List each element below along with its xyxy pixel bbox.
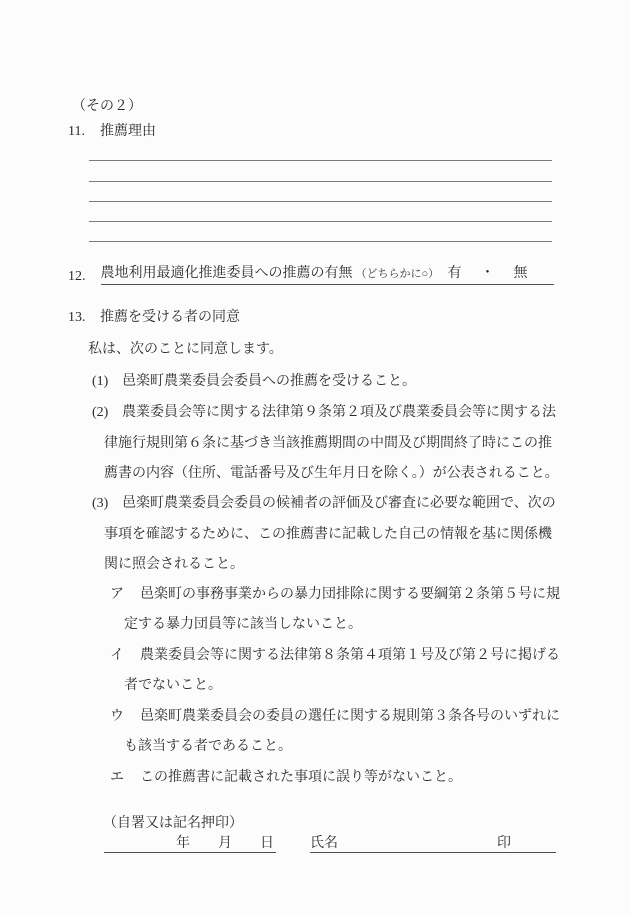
consent-subitem-i-line-2: 者でないこと。 (124, 678, 222, 694)
section-12-number: 12. (68, 269, 86, 285)
section-13-number: 13. (68, 310, 100, 326)
section-13-heading: 13.推薦を受ける者の同意 (68, 310, 240, 326)
page-subtitle: （その２） (72, 99, 142, 115)
section-11-title: 推薦理由 (100, 124, 156, 139)
consent-item-1-line-1: 邑楽町農業委員会委員への推薦を受けること。 (122, 374, 416, 389)
consent-item-3-marker: (3) (92, 496, 122, 512)
section-13-title: 推薦を受ける者の同意 (100, 310, 240, 325)
section-12-label: 農地利用最適化推進委員への推薦の有無 (101, 262, 353, 282)
signature-note: （自署又は記名押印） (103, 816, 243, 832)
consent-item-3-line-3: 関に照会されること。 (104, 557, 244, 573)
consent-subitem-u-marker: ウ (110, 709, 140, 725)
recommendation-form-page-2: （その２） 11.推薦理由 12. 農地利用最適化推進委員への推薦の有無 （どち… (0, 0, 630, 915)
consent-subitem-a: ア邑楽町の事務事業からの暴力団排除に関する要綱第２条第５号に規 (110, 587, 560, 603)
reason-blank-line-3[interactable] (89, 201, 552, 202)
signature-date-blank[interactable]: 年 月 日 (104, 836, 276, 853)
consent-item-2-line-1: 農業委員会等に関する法律第９条第２項及び農業委員会等に関する法 (122, 405, 556, 420)
signature-name-blank[interactable]: 氏名 印 (310, 836, 556, 853)
section-12-underlined-field: 農地利用最適化推進委員への推薦の有無 （どちらかに○） 有 ・ 無 (101, 262, 554, 285)
seal-label: 印 (497, 832, 511, 852)
consent-subitem-e-line-1: この推薦書に記載された事項に誤り等がないこと。 (140, 770, 462, 785)
option-no[interactable]: 無 (514, 262, 528, 282)
section-11-heading: 11.推薦理由 (68, 124, 156, 140)
consent-item-2-marker: (2) (92, 405, 122, 421)
consent-item-3: (3)邑楽町農業委員会委員の候補者の評価及び審査に必要な範囲で、次の (92, 496, 556, 512)
consent-item-1-marker: (1) (92, 374, 122, 390)
consent-item-2-line-2: 律施行規則第６条に基づき当該推薦期間の中間及び期間終了時にこの推 (104, 436, 552, 452)
consent-subitem-u: ウ邑楽町農業委員会の委員の選任に関する規則第３条各号のいずれに (110, 709, 560, 725)
consent-intro: 私は、次のことに同意します。 (88, 342, 283, 358)
reason-blank-line-5[interactable] (89, 241, 552, 242)
consent-subitem-u-line-2: も該当する者であること。 (124, 739, 292, 755)
reason-blank-line-4[interactable] (89, 221, 552, 222)
consent-item-1: (1)邑楽町農業委員会委員への推薦を受けること。 (92, 374, 416, 390)
section-12-note: （どちらかに○） (356, 267, 440, 282)
month-label: 月 (218, 832, 232, 852)
day-label: 日 (260, 832, 274, 852)
consent-subitem-i-line-1: 農業委員会等に関する法律第８条第４項第１号及び第２号に掲げる (140, 648, 560, 663)
consent-item-3-line-1: 邑楽町農業委員会委員の候補者の評価及び審査に必要な範囲で、次の (122, 496, 556, 511)
consent-subitem-u-line-1: 邑楽町農業委員会の委員の選任に関する規則第３条各号のいずれに (140, 709, 560, 724)
consent-item-2: (2)農業委員会等に関する法律第９条第２項及び農業委員会等に関する法 (92, 405, 556, 421)
consent-item-3-line-2: 事項を確認するために、この推薦書に記載した自己の情報を基に関係機 (104, 527, 552, 543)
option-yes[interactable]: 有 (448, 262, 462, 282)
consent-item-2-line-3: 薦書の内容（住所、電話番号及び生年月日を除く。）が公表されること。 (104, 466, 559, 482)
consent-subitem-i-marker: イ (110, 648, 140, 664)
consent-subitem-i: イ農業委員会等に関する法律第８条第４項第１号及び第２号に掲げる (110, 648, 560, 664)
consent-subitem-a-marker: ア (110, 587, 140, 603)
consent-subitem-a-line-2: 定する暴力団員等に該当しないこと。 (124, 617, 362, 633)
year-label: 年 (176, 832, 190, 852)
consent-subitem-e-marker: エ (110, 770, 140, 786)
consent-subitem-a-line-1: 邑楽町の事務事業からの暴力団排除に関する要綱第２条第５号に規 (140, 587, 560, 602)
name-label: 氏名 (310, 832, 338, 852)
section-12-options: 有 ・ 無 (448, 262, 554, 282)
section-11-number: 11. (68, 124, 100, 140)
reason-blank-line-2[interactable] (89, 181, 552, 182)
consent-subitem-e: エこの推薦書に記載された事項に誤り等がないこと。 (110, 770, 462, 786)
section-12-row: 12. 農地利用最適化推進委員への推薦の有無 （どちらかに○） 有 ・ 無 (68, 262, 554, 285)
reason-blank-line-1[interactable] (89, 160, 552, 161)
option-separator-dot: ・ (481, 262, 495, 282)
